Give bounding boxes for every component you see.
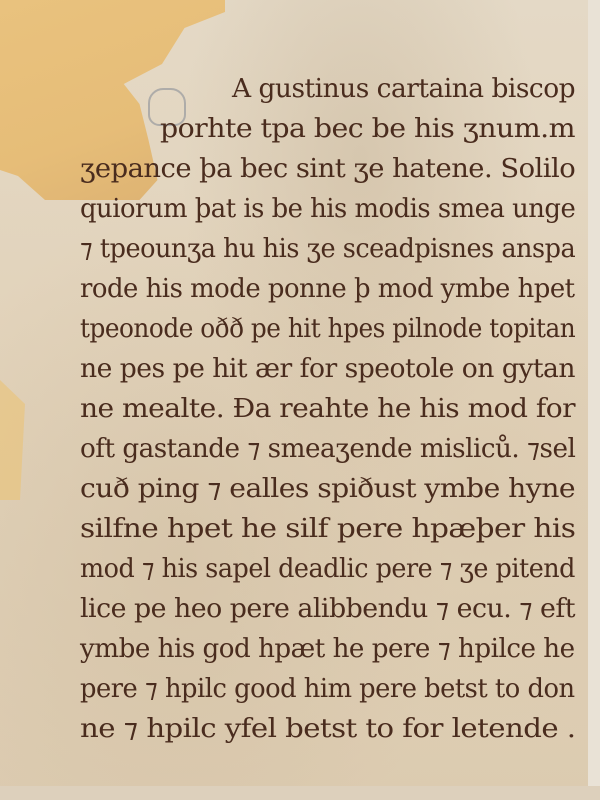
text-line: porhte tpa bec be his ʒnum.m xyxy=(160,114,575,144)
text-line: pere ⁊ hpilc good him pere betst to don xyxy=(80,674,575,704)
text-line: lice pe heo pere alibbendu ⁊ ecu. ⁊ eft xyxy=(80,594,575,624)
manuscript-text: A gustinus cartaina biscop porhte tpa be… xyxy=(0,0,600,800)
text-line: silfne hpet he silf pere hpæþer his xyxy=(80,514,575,544)
text-line: tpeonode oðð pe hit hpes pilnode topitan xyxy=(80,314,575,344)
text-line: quiorum þat is be his modis smea unge xyxy=(80,194,575,224)
text-line: rode his mode ponne þ mod ymbe hpet xyxy=(80,274,575,304)
text-line: ymbe his god hpæt he pere ⁊ hpilce he xyxy=(80,634,575,664)
text-line: ʒepance þa bec sint ʒe hatene. Solilo xyxy=(80,154,575,184)
text-line: ⁊ tpeounʒa hu his ʒe sceadpisnes anspa xyxy=(80,234,575,264)
text-line: ne mealte. Ða reahte he his mod for xyxy=(80,394,575,424)
text-line: ne ⁊ hpilc yfel betst to for letende . xyxy=(80,714,575,744)
text-line: A gustinus cartaina biscop xyxy=(232,74,568,104)
text-line: cuð ping ⁊ ealles spiðust ymbe hyne xyxy=(80,474,575,504)
text-line: ne pes pe hit ær for speotole on gytan xyxy=(80,354,575,384)
text-line: mod ⁊ his sapel deadlic pere ⁊ ʒe pitend xyxy=(80,554,575,584)
text-line: oft gastande ⁊ smeaʒende misliců. ⁊sel xyxy=(80,434,575,464)
